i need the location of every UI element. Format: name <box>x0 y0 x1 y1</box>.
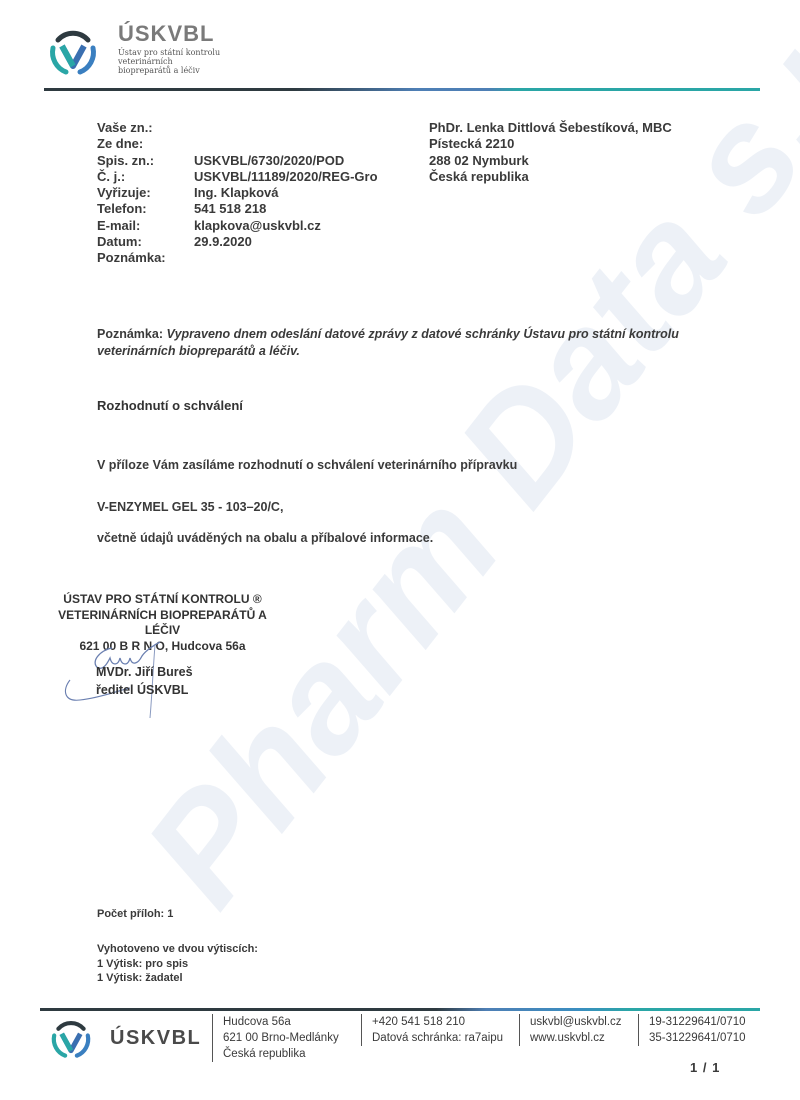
footer-address-line: 621 00 Brno-Medlánky <box>223 1030 339 1046</box>
footer-account: 35-31229641/0710 <box>649 1030 746 1046</box>
subtitle-line: biopreparátů a léčiv <box>118 66 220 75</box>
signatory: MVDr. Jiří Bureš ředitel ÚSKVBL <box>96 663 193 699</box>
footer-email: uskvbl@uskvbl.cz <box>530 1014 622 1030</box>
header-subtitle: Ústav pro státní kontrolu veterinárních … <box>118 48 220 75</box>
footer-address-line: Hudcova 56a <box>223 1014 339 1030</box>
body-intro: V příloze Vám zasíláme rozhodnutí o schv… <box>97 458 517 472</box>
ref-row: E-mail:klapkova@uskvbl.cz <box>97 218 378 234</box>
footer-brand: ÚSKVBL <box>110 1027 201 1050</box>
footer-web: uskvbl@uskvbl.cz www.uskvbl.cz <box>519 1014 622 1046</box>
ref-label: Telefon: <box>97 201 194 217</box>
product-line: V-ENZYMEL GEL 35 - 103–20/C, <box>97 500 283 514</box>
recipient-city: 288 02 Nymburk <box>429 153 672 169</box>
product-name: V-ENZYMEL GEL 35 - <box>97 500 222 514</box>
footer-address-line: Česká republika <box>223 1046 339 1062</box>
stamp-line: VETERINÁRNÍCH BIOPREPARÁTŮ A LÉČIV <box>40 608 285 639</box>
footer-databox: Datová schránka: ra7aipu <box>372 1030 503 1046</box>
copy-item: 1 Výtisk: žadatel <box>97 971 258 986</box>
copies-heading: Vyhotoveno ve dvou výtiscích: <box>97 942 258 957</box>
footer-phone: +420 541 518 210 <box>372 1014 503 1030</box>
recipient-country: Česká republika <box>429 169 672 185</box>
ref-label: Č. j.: <box>97 169 194 185</box>
uskvbl-logo-icon <box>46 26 100 76</box>
dispatch-note: Poznámka: Vypraveno dnem odeslání datové… <box>97 326 717 360</box>
footer-website: www.uskvbl.cz <box>530 1030 622 1046</box>
ref-label: Vaše zn.: <box>97 120 194 136</box>
note-label: Poznámka: <box>97 327 163 341</box>
recipient-street: Pístecká 2210 <box>429 136 672 152</box>
ref-value: USKVBL/11189/2020/REG-Gro <box>194 169 378 185</box>
footer-account: 19-31229641/0710 <box>649 1014 746 1030</box>
signatory-role: ředitel ÚSKVBL <box>96 681 193 699</box>
footer-divider <box>40 1008 760 1011</box>
footer-address: Hudcova 56a 621 00 Brno-Medlánky Česká r… <box>212 1014 339 1062</box>
body-outro: včetně údajů uváděných na obalu a příbal… <box>97 531 433 545</box>
attachment-count: Počet příloh: 1 <box>97 908 173 920</box>
ref-row: Vyřizuje:Ing. Klapková <box>97 185 378 201</box>
page-number: 1 / 1 <box>690 1060 720 1075</box>
ref-row: Telefon:541 518 218 <box>97 201 378 217</box>
ref-label: Spis. zn.: <box>97 153 194 169</box>
recipient-address: PhDr. Lenka Dittlová Šebestíková, MBC Pí… <box>429 120 672 185</box>
ref-value: USKVBL/6730/2020/POD <box>194 153 344 169</box>
ref-value: 29.9.2020 <box>194 234 252 250</box>
ref-row: Datum:29.9.2020 <box>97 234 378 250</box>
ref-label: E-mail: <box>97 218 194 234</box>
stamp-line: ÚSTAV PRO STÁTNÍ KONTROLU ® <box>40 592 285 608</box>
ref-value: Ing. Klapková <box>194 185 279 201</box>
ref-row: Vaše zn.: <box>97 120 378 136</box>
footer-accounts: 19-31229641/0710 35-31229641/0710 <box>638 1014 746 1046</box>
ref-label: Poznámka: <box>97 250 194 266</box>
recipient-name: PhDr. Lenka Dittlová Šebestíková, MBC <box>429 120 672 136</box>
reference-block: Vaše zn.: Ze dne: Spis. zn.:USKVBL/6730/… <box>97 120 378 267</box>
signatory-name: MVDr. Jiří Bureš <box>96 663 193 681</box>
note-text: Vypraveno dnem odeslání datové zprávy z … <box>97 327 679 358</box>
ref-label: Ze dne: <box>97 136 194 152</box>
product-code: 103–20/C, <box>222 500 283 514</box>
ref-row: Poznámka: <box>97 250 378 266</box>
subtitle-line: Ústav pro státní kontrolu <box>118 48 220 57</box>
ref-value: 541 518 218 <box>194 201 266 217</box>
footer-logo-icon <box>48 1017 94 1059</box>
document-title: Rozhodnutí o schválení <box>97 398 243 413</box>
header-brand: ÚSKVBL <box>118 22 214 46</box>
ref-row: Č. j.:USKVBL/11189/2020/REG-Gro <box>97 169 378 185</box>
subtitle-line: veterinárních <box>118 57 220 66</box>
footer-contact: +420 541 518 210 Datová schránka: ra7aip… <box>361 1014 503 1046</box>
copies-block: Vyhotoveno ve dvou výtiscích: 1 Výtisk: … <box>97 942 258 986</box>
ref-row: Ze dne: <box>97 136 378 152</box>
ref-value-email: klapkova@uskvbl.cz <box>194 218 321 234</box>
ref-row: Spis. zn.:USKVBL/6730/2020/POD <box>97 153 378 169</box>
ref-label: Datum: <box>97 234 194 250</box>
ref-label: Vyřizuje: <box>97 185 194 201</box>
copy-item: 1 Výtisk: pro spis <box>97 957 258 972</box>
header-divider <box>44 88 760 91</box>
